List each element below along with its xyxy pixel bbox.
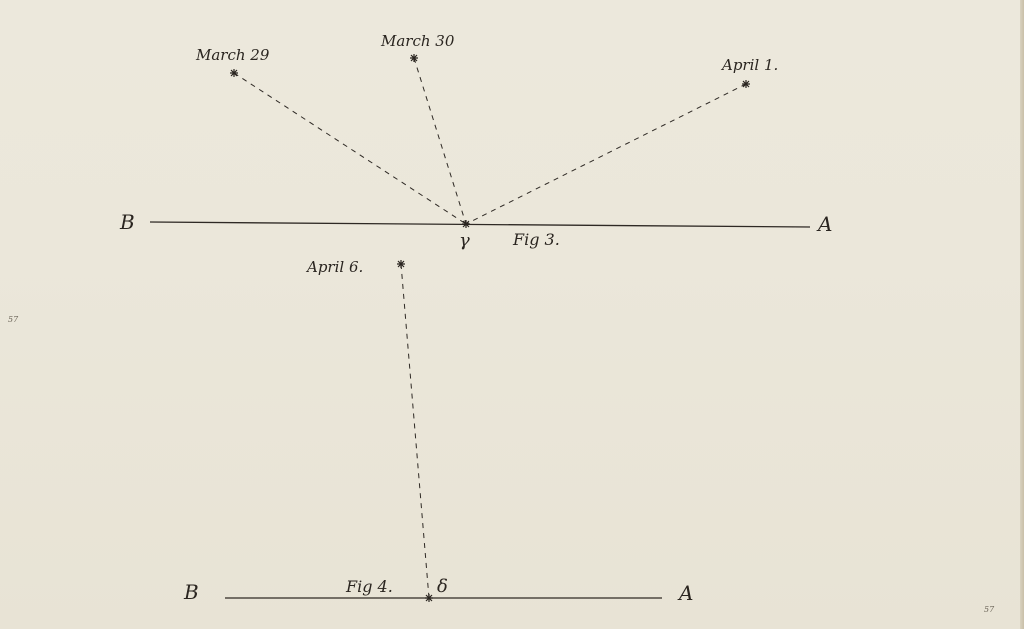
fig4-label-a: A — [677, 581, 693, 605]
fig3-sightline-april1 — [466, 84, 746, 224]
node-delta-symbol: δ — [437, 576, 448, 597]
star-icon — [742, 80, 750, 88]
fig3-baseline — [150, 222, 810, 227]
manuscript-sheet: March 29 March 30 April 1. B A γ Fig 3. … — [0, 0, 1024, 629]
fig3-sightline-march29 — [234, 73, 466, 224]
diagram-canvas: March 29 March 30 April 1. B A γ Fig 3. … — [0, 0, 1024, 629]
fig3-label-b: B — [119, 210, 135, 234]
star-icon — [230, 69, 238, 77]
label-april-6: April 6. — [305, 258, 363, 276]
node-star-icon — [425, 594, 433, 602]
fig4-sightline-april6 — [401, 264, 429, 598]
bottom-right-mark: 57 — [984, 605, 995, 614]
fig3-label-a: A — [816, 212, 832, 236]
star-icon — [397, 260, 405, 268]
label-march-30: March 30 — [380, 32, 455, 50]
node-star-icon — [462, 220, 470, 228]
fig3-caption: Fig 3. — [512, 230, 560, 249]
figure-3: March 29 March 30 April 1. B A γ Fig 3. — [119, 32, 832, 251]
star-icon — [410, 54, 418, 62]
left-edge-mark: 57 — [8, 315, 19, 324]
label-april-1: April 1. — [720, 56, 778, 74]
fig4-label-b: B — [183, 580, 199, 604]
fig3-sightline-march30 — [414, 58, 466, 224]
figure-4: April 6. B A δ Fig 4. — [183, 258, 693, 605]
fig4-caption: Fig 4. — [345, 577, 393, 596]
label-march-29: March 29 — [195, 46, 270, 64]
aries-node-symbol: γ — [459, 230, 470, 251]
